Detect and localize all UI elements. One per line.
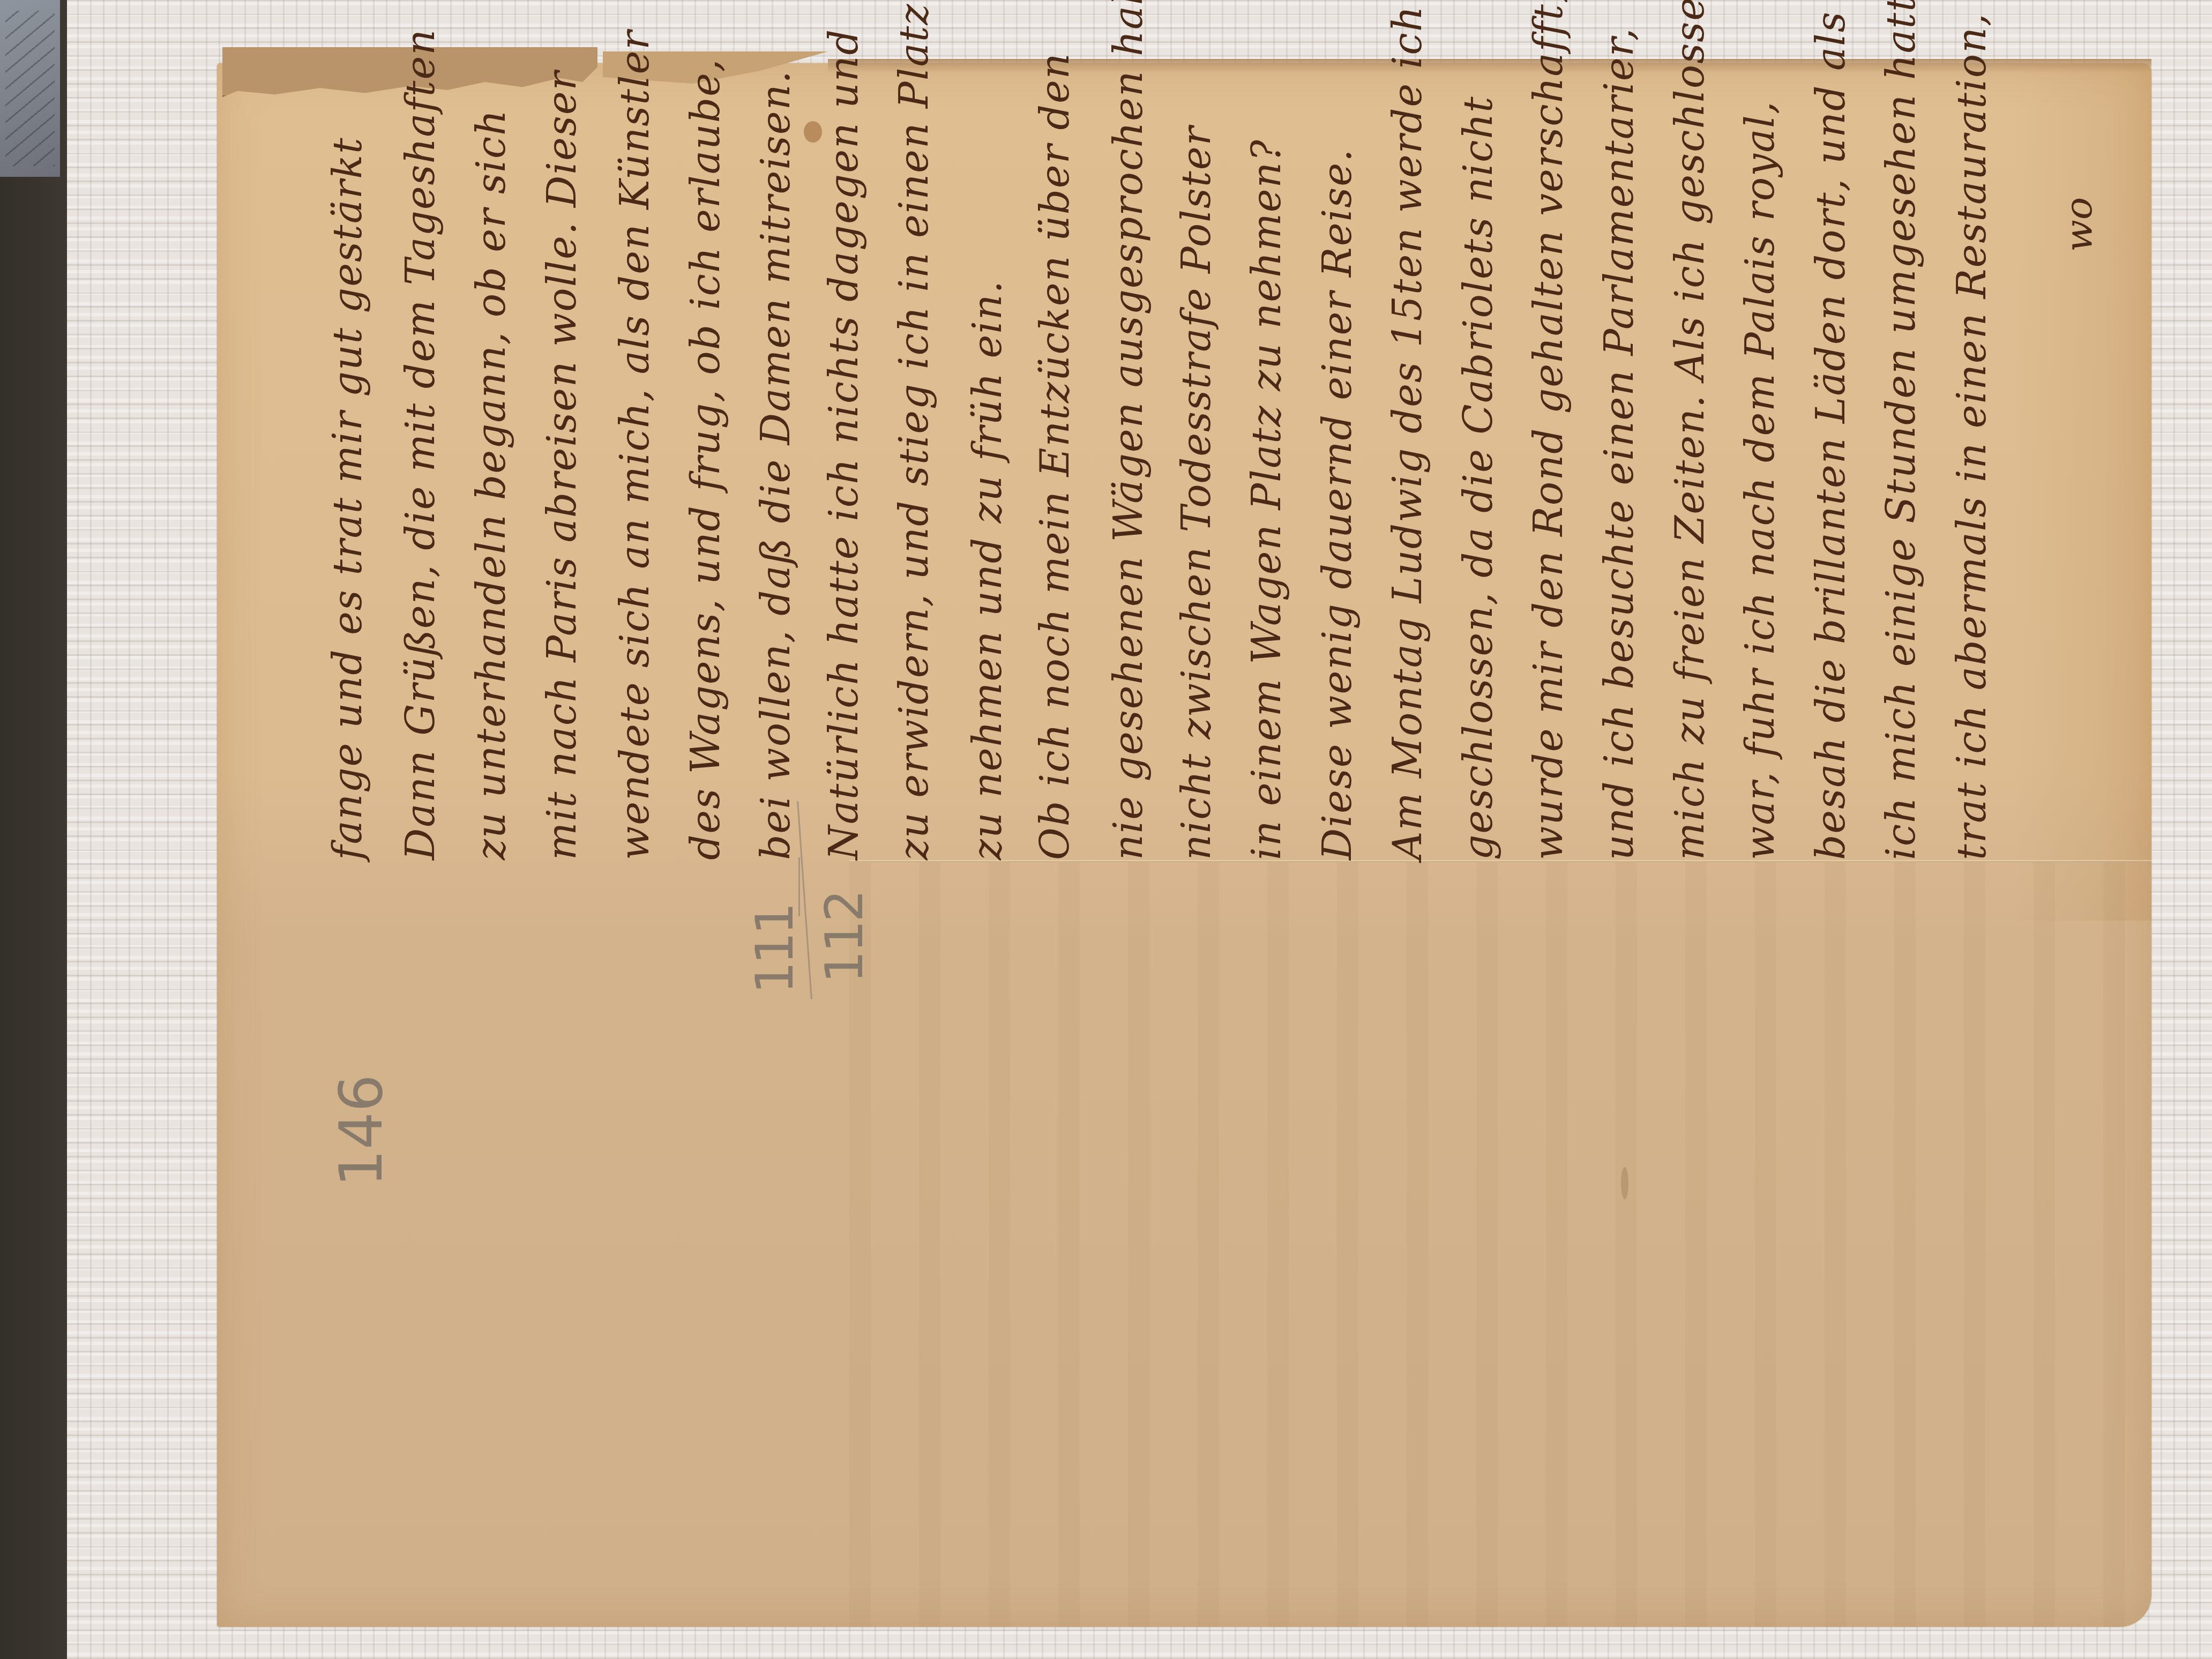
text-line: zu erwidern, und stieg ich in einen Plat… [894,3,934,860]
text-line: bei wollen, daß die Damen mitreisen. [756,70,796,860]
text-line: geschlossen, da die Cabriolets nicht [1459,95,1498,860]
pencil-underline-stroke [798,857,800,916]
ink-stain [804,121,822,143]
text-line: trat ich abermals in einen Restauration, [1952,13,1992,860]
dark-table-edge [0,0,67,1659]
text-line: war, fuhr ich nach dem Palais royal, [1740,101,1780,860]
foxing-spot [1621,1167,1628,1199]
text-line: in einem Wagen Platz zu nehmen? [1247,139,1287,860]
fold-crease [849,860,2151,862]
text-line: mit nach Paris abreisen wolle. Dieser [542,70,582,860]
text-line: wurde mir den Rond gehalten verschafft, [1529,0,1568,860]
text-line: und ich besuchte einen Parlamentarier, [1600,27,1639,860]
lower-half-foxing [849,862,2151,1627]
text-line: zu unterhandeln begann, ob er sich [472,109,511,860]
text-line: mich zu freien Zeiten. Als ich geschloss… [1670,0,1710,860]
adjacent-document-corner [0,0,60,177]
text-line: besah die brillanten Läden dort, und als [1811,11,1851,860]
text-line: wendete sich an mich, als den Künstler [615,29,655,860]
page-number-111: 111 [745,906,805,994]
folio-number: 146 [327,1074,395,1187]
text-line: fange und es trat mir gut gestärkt [328,137,368,860]
text-line: Am Montag Ludwig des 15ten werde ich [1388,5,1428,860]
text-line: nicht zwischen Todesstrafe Polster [1177,125,1216,860]
text-line: ich mich einige Stunden umgesehen hatte, [1881,0,1921,860]
page-number-112: 112 [814,892,875,983]
edge-discoloration [2012,63,2151,921]
text-line: Diese wenig dauernd einer Reise. [1318,148,1357,860]
catchword: wo [2057,197,2101,252]
text-line: Ob ich noch mein Entzücken über den [1035,53,1075,860]
text-line: des Wagens, und frug, ob ich erlaube, [686,58,726,860]
text-line: Dann Grüßen, die mit dem Tageshaften [401,28,440,860]
text-line: zu nehmen und zu früh ein. [968,280,1007,860]
text-line: nie gesehenen Wägen ausgesprochen habe [1109,0,1148,860]
text-line: Natürlich hatte ich nichts dagegen und [824,28,864,860]
